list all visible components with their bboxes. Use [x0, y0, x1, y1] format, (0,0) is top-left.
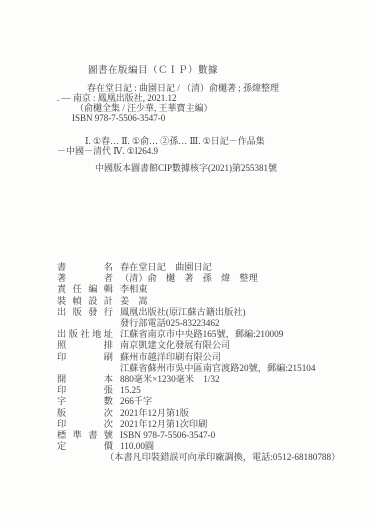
colophon-row-label: 責任編輯 — [57, 284, 113, 295]
colophon-row-value: 鳳凰出版社(原江蘇古籍出版社) — [120, 307, 246, 318]
cip-heading: 圖書在版編目（ＣＩＰ）數據 — [88, 66, 337, 76]
copyright-page: 圖書在版編目（ＣＩＰ）數據 春在堂日記 : 曲園日記 / （清）俞樾著 ; 孫煒… — [0, 0, 375, 526]
cip-classification-line: －中國－清代 Ⅳ. ①I264.9 — [57, 146, 337, 156]
colophon-row-label: 標準書號 — [57, 430, 113, 441]
colophon-row-label: 照排 — [57, 340, 113, 351]
colophon-row: 裝幀設計姜 嵩 — [57, 296, 345, 307]
colophon-row-value: 15.25 — [120, 385, 141, 396]
cip-classification-line: Ⅰ. ①春… Ⅱ. ①俞… ②孫… Ⅲ. ①日記－作品集 — [57, 136, 337, 146]
cip-entry-line: （俞樾全集 / 汪少華, 王華寶主編） — [57, 103, 337, 113]
colophon-row-label: 開本 — [57, 374, 113, 385]
colophon-row-value: 春在堂日記 曲園日記 — [120, 262, 212, 273]
colophon-row: 出版社地址江蘇省南京市中央路165號，郵編:210009 — [57, 329, 345, 340]
colophon-row-label: 著者 — [57, 273, 113, 284]
colophon-row: 定價110.00圓 — [57, 441, 345, 452]
colophon-row: 著者（清）俞 樾 著 孫 煒 整理 — [57, 273, 345, 284]
cip-entry-line: . — 南京 : 鳳凰出版社, 2021.12 — [57, 93, 337, 103]
colophon-row: 字數266千字 — [57, 396, 345, 407]
colophon-row: 書名春在堂日記 曲園日記 — [57, 262, 345, 273]
cip-entry-line: ISBN 978-7-5506-3547-0 — [57, 113, 337, 123]
colophon-row-value: 266千字 — [120, 396, 152, 407]
cip-data-section: 圖書在版編目（ＣＩＰ）數據 春在堂日記 : 曲園日記 / （清）俞樾著 ; 孫煒… — [57, 66, 337, 173]
colophon-row: 責任編輯李相東 — [57, 284, 345, 295]
cip-entry-line: 春在堂日記 : 曲園日記 / （清）俞樾著 ; 孫煒整理 — [57, 83, 337, 93]
colophon-row: 發行部電話025-83223462 — [57, 318, 345, 329]
colophon-row-value: 江蘇省蘇州市吳中區南官渡路20號，郵編:215104 — [120, 363, 316, 374]
colophon-section: 書名春在堂日記 曲園日記著者（清）俞 樾 著 孫 煒 整理責任編輯李相東裝幀設計… — [57, 262, 345, 464]
colophon-row-value: ISBN 978-7-5506-3547-0 — [120, 430, 215, 441]
colophon-row-label: 定價 — [57, 441, 113, 452]
colophon-row: 照排南京凱建文化發展有限公司 — [57, 340, 345, 351]
colophon-row-label: 版次 — [57, 408, 113, 419]
colophon-row-value: 發行部電話025-83223462 — [120, 318, 220, 329]
colophon-row-label: 書名 — [57, 262, 113, 273]
colophon-row-value: （清）俞 樾 著 孫 煒 整理 — [120, 273, 258, 284]
colophon-row-value: 姜 嵩 — [120, 296, 148, 307]
colophon-row-value: 2021年12月第1次印刷 — [120, 419, 207, 430]
colophon-rows: 書名春在堂日記 曲園日記著者（清）俞 樾 著 孫 煒 整理責任編輯李相東裝幀設計… — [57, 262, 345, 452]
cip-classification: Ⅰ. ①春… Ⅱ. ①俞… ②孫… Ⅲ. ①日記－作品集 －中國－清代 Ⅳ. ①… — [57, 136, 337, 156]
colophon-row-label: 印張 — [57, 385, 113, 396]
colophon-row-label: 印次 — [57, 419, 113, 430]
cip-entry: 春在堂日記 : 曲園日記 / （清）俞樾著 ; 孫煒整理. — 南京 : 鳳凰出… — [57, 83, 337, 123]
colophon-row: 江蘇省蘇州市吳中區南官渡路20號，郵編:215104 — [57, 363, 345, 374]
colophon-row-label: 出版發行 — [57, 307, 113, 318]
colophon-row: 開本880毫米×1230毫米 1/32 — [57, 374, 345, 385]
colophon-row-value: 2021年12月第1版 — [120, 408, 189, 419]
colophon-row-value: 110.00圓 — [120, 441, 154, 452]
colophon-row-value: 李相東 — [120, 284, 148, 295]
colophon-row-label: 裝幀設計 — [57, 296, 113, 307]
colophon-row-label: 字數 — [57, 396, 113, 407]
colophon-row: 印張15.25 — [57, 385, 345, 396]
colophon-row: 印刷蘇州市越洋印刷有限公司 — [57, 352, 345, 363]
colophon-row-label: 印刷 — [57, 352, 113, 363]
colophon-row-value: 880毫米×1230毫米 1/32 — [120, 374, 220, 385]
cip-record-number: 中國版本圖書館CIP數據核字(2021)第255381號 — [95, 163, 337, 173]
colophon-row: 出版發行鳳凰出版社(原江蘇古籍出版社) — [57, 307, 345, 318]
colophon-row-value: 蘇州市越洋印刷有限公司 — [120, 352, 221, 363]
misprint-exchange-note: （本書凡印裝錯誤可向承印廠調換，電話:0512-68180788） — [105, 452, 345, 463]
colophon-row-value: 江蘇省南京市中央路165號，郵編:210009 — [120, 329, 283, 340]
colophon-row: 版次2021年12月第1版 — [57, 408, 345, 419]
colophon-row-value: 南京凱建文化發展有限公司 — [120, 340, 230, 351]
colophon-row: 標準書號ISBN 978-7-5506-3547-0 — [57, 430, 345, 441]
colophon-row: 印次2021年12月第1次印刷 — [57, 419, 345, 430]
colophon-row-label: 出版社地址 — [57, 329, 113, 340]
